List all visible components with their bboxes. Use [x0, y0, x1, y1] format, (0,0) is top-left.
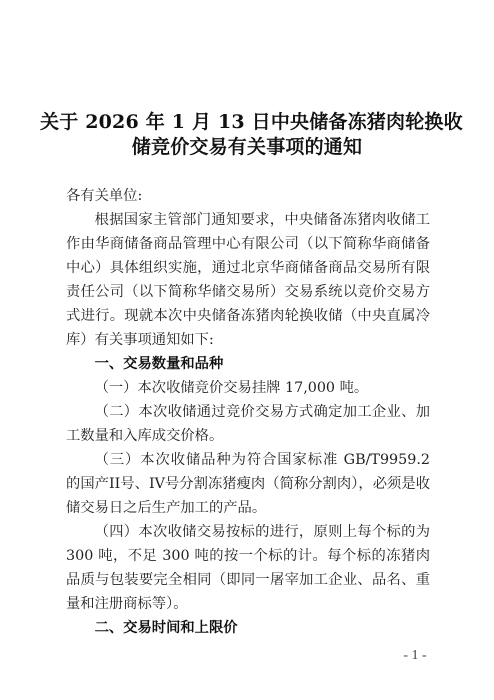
- section-1-item-4: （四）本次收储交易按标的进行，原则上每个标的为 300 吨，不足 300 吨的按…: [66, 520, 430, 616]
- section-1-item-1: （一）本次收储竞价交易挂牌 17,000 吨。: [66, 376, 430, 400]
- section-1-item-2: （二）本次收储通过竞价交易方式确定加工企业、加工数量和入库成交价格。: [66, 400, 430, 448]
- salutation: 各有关单位:: [66, 184, 430, 208]
- section-1-item-3: （三）本次收储品种为符合国家标准 GB/T9959.2 的国产II号、IV号分割…: [66, 448, 430, 520]
- document-body: 各有关单位: 根据国家主管部门通知要求，中央储备冻猪肉收储工作由华商储备商品管理…: [66, 184, 430, 640]
- document-page: 关于 2026 年 1 月 13 日中央储备冻猪肉轮换收 储竞价交易有关事项的通…: [0, 0, 494, 700]
- document-title: 关于 2026 年 1 月 13 日中央储备冻猪肉轮换收 储竞价交易有关事项的通…: [40, 110, 454, 160]
- title-line-2: 储竞价交易有关事项的通知: [40, 135, 454, 160]
- section-1-heading: 一、交易数量和品种: [66, 352, 430, 376]
- title-line-1: 关于 2026 年 1 月 13 日中央储备冻猪肉轮换收: [40, 110, 454, 135]
- section-2-heading: 二、交易时间和上限价: [66, 616, 430, 640]
- page-number: - 1 -: [390, 648, 440, 664]
- intro-paragraph: 根据国家主管部门通知要求，中央储备冻猪肉收储工作由华商储备商品管理中心有限公司（…: [66, 208, 430, 352]
